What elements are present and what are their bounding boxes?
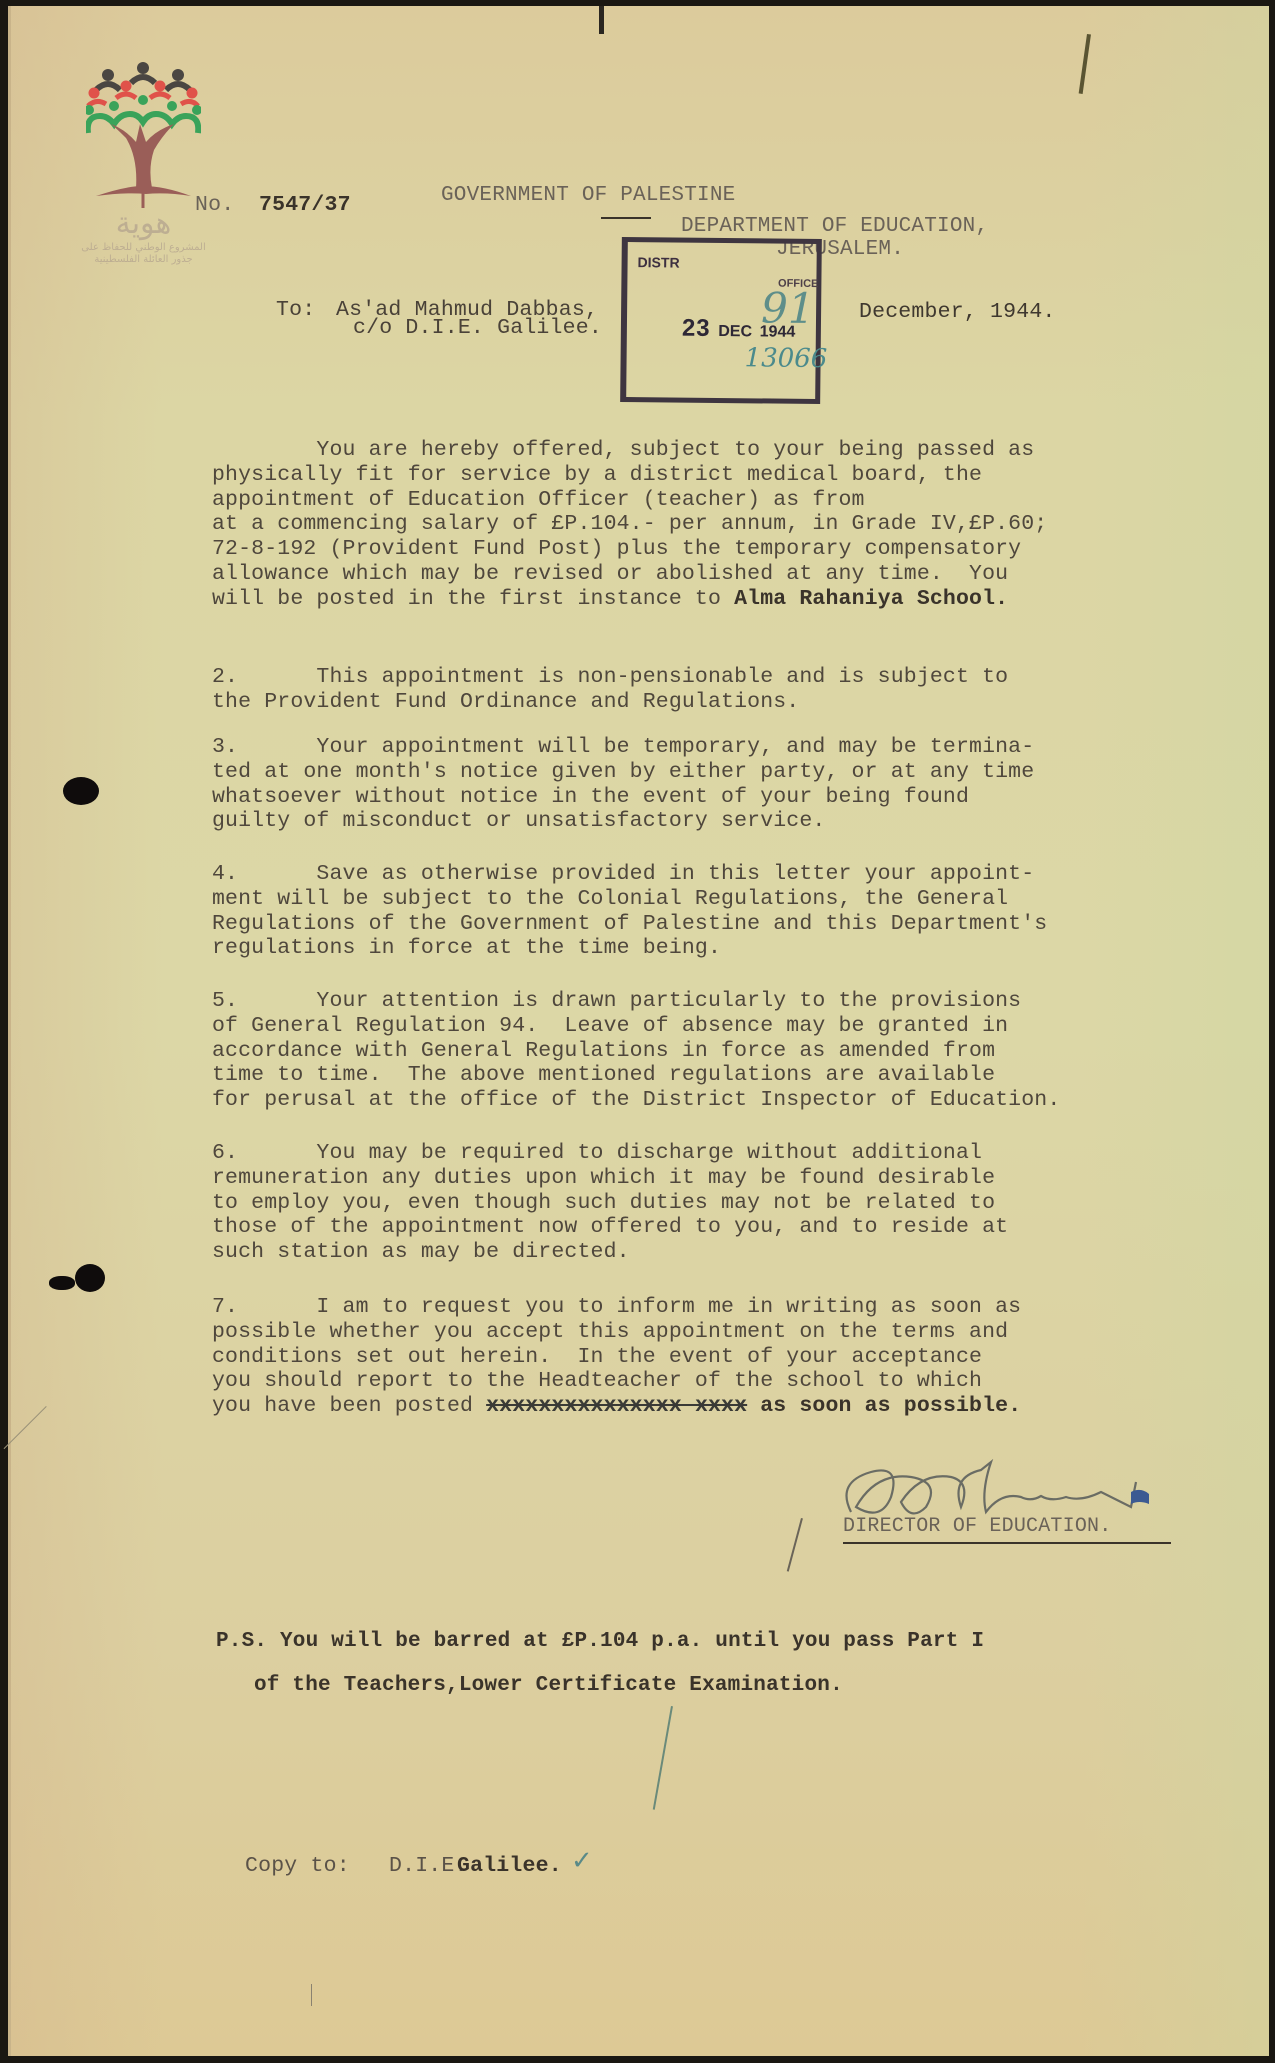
p2-line: 2. This appointment is non-pensionable a… bbox=[212, 665, 1008, 689]
signature-underline bbox=[843, 1542, 1171, 1544]
p7-line: possible whether you accept this appoint… bbox=[212, 1320, 1008, 1344]
p7-line: 7. I am to request you to inform me in w… bbox=[212, 1295, 1021, 1319]
punch-hole-blot bbox=[63, 777, 99, 805]
family-tree-logo-icon bbox=[86, 58, 201, 208]
p7-line: you have been posted bbox=[212, 1394, 486, 1418]
watermark: هوية المشروع الوطني للحفاظ على جذور العا… bbox=[76, 206, 211, 266]
p3-line: 3. Your appointment will be temporary, a… bbox=[212, 735, 1034, 759]
reference-number-label: No. bbox=[195, 195, 234, 217]
stamp-header: DISTR bbox=[638, 254, 680, 270]
p1-line: will be posted in the first instance to bbox=[212, 587, 734, 611]
check-mark-stroke bbox=[653, 1706, 673, 1810]
p4-line: Regulations of the Government of Palesti… bbox=[212, 912, 1047, 936]
paragraph-7: 7. I am to request you to inform me in w… bbox=[212, 1295, 1222, 1419]
postscript-line-2: of the Teachers,Lower Certificate Examin… bbox=[254, 1675, 843, 1696]
paragraph-4: 4. Save as otherwise provided in this le… bbox=[212, 862, 1222, 961]
p5-line: accordance with General Regulations in f… bbox=[212, 1039, 995, 1063]
p1-line: allowance which may be revised or abolis… bbox=[212, 562, 1008, 586]
stamp-date-month: DEC bbox=[718, 323, 752, 340]
p1-line: at a commencing salary of £P.104.- per a… bbox=[212, 512, 1047, 536]
p6-line: such station as may be directed. bbox=[212, 1240, 630, 1264]
school-name: Alma Rahaniya School. bbox=[734, 587, 1008, 611]
letterhead-government: GOVERNMENT OF PALESTINE bbox=[441, 185, 735, 206]
p4-line: regulations in force at the time being. bbox=[212, 936, 721, 960]
paragraph-3: 3. Your appointment will be temporary, a… bbox=[212, 735, 1222, 834]
stamp-date-year: 1944 bbox=[760, 323, 796, 340]
p3-line: guilty of misconduct or unsatisfactory s… bbox=[212, 809, 825, 833]
p1-line: You are hereby offered, subject to your … bbox=[212, 438, 1034, 462]
copy-to-label: Copy to: bbox=[245, 1856, 350, 1878]
p7-line: conditions set out herein. In the event … bbox=[212, 1345, 982, 1369]
struck-out-text: xxxxxxxxxxxxxxx xxxx bbox=[486, 1394, 747, 1418]
stamp-date: 23 DEC 1944 bbox=[682, 315, 796, 344]
paragraph-5: 5. Your attention is drawn particularly … bbox=[212, 989, 1222, 1113]
p3-line: ted at one month's notice given by eithe… bbox=[212, 760, 1034, 784]
p1-line: 72-8-192 (Provident Fund Post) plus the … bbox=[212, 537, 1021, 561]
paragraph-1: You are hereby offered, subject to your … bbox=[212, 438, 1222, 612]
p6-line: to employ you, even though such duties m… bbox=[212, 1191, 995, 1215]
watermark-title: هوية bbox=[76, 206, 211, 242]
p5-line: of General Regulation 94. Leave of absen… bbox=[212, 1014, 1008, 1038]
copy-to-recipient-plain: D.I.E. bbox=[389, 1856, 468, 1878]
recipient-care-of: c/o D.I.E. Galilee. bbox=[353, 318, 602, 340]
p4-line: ment will be subject to the Colonial Reg… bbox=[212, 887, 1008, 911]
punch-hole-blot bbox=[49, 1276, 75, 1290]
pen-mark bbox=[1079, 34, 1091, 94]
pen-stroke bbox=[787, 1518, 803, 1572]
letter-date: December, 1944. bbox=[859, 302, 1056, 324]
p1-line: physically fit for service by a district… bbox=[212, 463, 982, 487]
letterhead-department: DEPARTMENT OF EDUCATION, bbox=[681, 216, 988, 237]
check-mark-icon: ✓ bbox=[571, 1846, 593, 1876]
p7-line: you should report to the Headteacher of … bbox=[212, 1369, 982, 1393]
p2-line: the Provident Fund Ordinance and Regulat… bbox=[212, 690, 799, 714]
watermark-subtitle-1: المشروع الوطني للحفاظ على bbox=[76, 242, 211, 254]
received-stamp: DISTR OFFICE 91 23 DEC 1944 13066 bbox=[620, 237, 822, 404]
p5-line: for perusal at the office of the Distric… bbox=[212, 1088, 1060, 1112]
pen-stroke bbox=[4, 1406, 47, 1449]
p6-line: remuneration any duties upon which it ma… bbox=[212, 1166, 995, 1190]
p7-bold-tail: as soon as possible. bbox=[747, 1394, 1021, 1418]
p3-line: whatsoever without notice in the event o… bbox=[212, 785, 969, 809]
p5-line: time to time. The above mentioned regula… bbox=[212, 1063, 995, 1087]
stamp-handwritten-number: 13066 bbox=[744, 343, 827, 374]
watermark-subtitle-2: جذور العائلة الفلسطينية bbox=[76, 254, 211, 266]
p6-line: 6. You may be required to discharge with… bbox=[212, 1141, 982, 1165]
document-page: هوية المشروع الوطني للحفاظ على جذور العا… bbox=[8, 6, 1269, 2056]
stamp-date-day: 23 bbox=[682, 315, 711, 342]
reference-number: 7547/37 bbox=[259, 195, 351, 217]
p6-line: those of the appointment now offered to … bbox=[212, 1215, 1008, 1239]
postscript-line-1: P.S. You will be barred at £P.104 p.a. u… bbox=[216, 1631, 984, 1652]
paragraph-6: 6. You may be required to discharge with… bbox=[212, 1141, 1222, 1265]
punch-hole-blot bbox=[75, 1264, 105, 1292]
pen-stroke bbox=[311, 1984, 312, 2006]
p5-line: 5. Your attention is drawn particularly … bbox=[212, 989, 1021, 1013]
signature-title: DIRECTOR OF EDUCATION. bbox=[843, 1517, 1111, 1537]
copy-to-recipient-bold: Galilee. bbox=[457, 1856, 562, 1878]
to-label: To: bbox=[276, 300, 315, 322]
paragraph-2: 2. This appointment is non-pensionable a… bbox=[212, 665, 1222, 715]
p1-line: appointment of Education Officer (teache… bbox=[212, 488, 865, 512]
pen-mark bbox=[599, 6, 604, 34]
letterhead-rule bbox=[601, 217, 651, 219]
p4-line: 4. Save as otherwise provided in this le… bbox=[212, 862, 1034, 886]
